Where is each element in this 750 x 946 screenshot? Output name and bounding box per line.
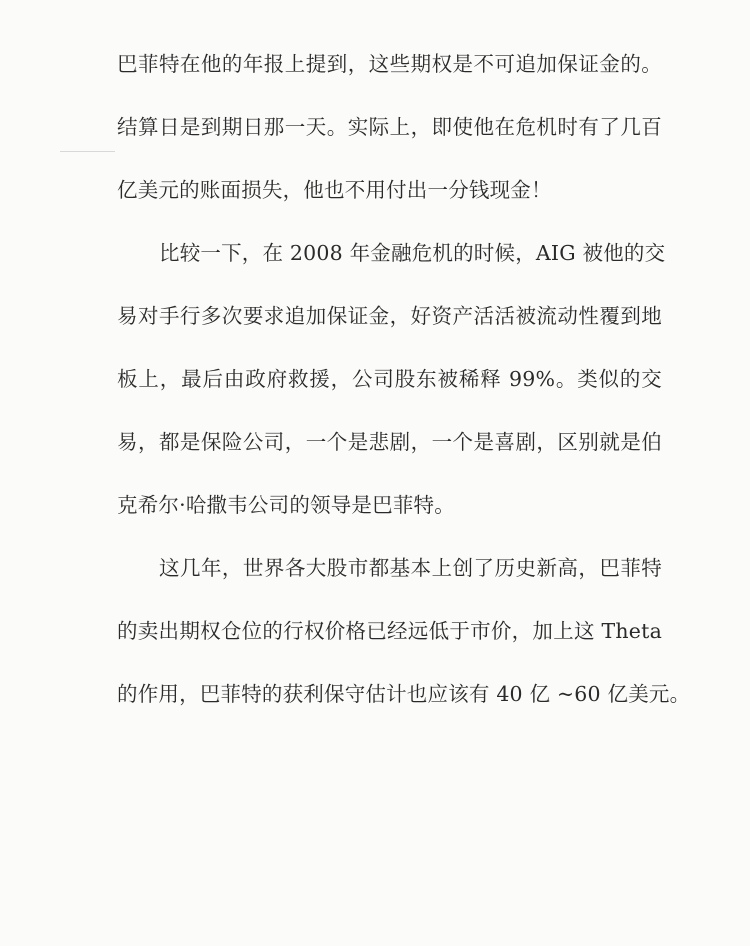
- paragraph-1-line-2: 结算日是到期日那一天。实际上，即使他在危机时有了几百: [117, 114, 662, 140]
- paragraph-2-line-4: 易，都是保险公司，一个是悲剧，一个是喜剧，区别就是伯: [117, 429, 662, 455]
- scan-artifact-line: [60, 151, 115, 152]
- book-page: 巴菲特在他的年报上提到，这些期权是不可追加保证金的。 结算日是到期日那一天。实际…: [0, 0, 750, 946]
- paragraph-1-line-1: 巴菲特在他的年报上提到，这些期权是不可追加保证金的。: [117, 51, 662, 77]
- paragraph-2-line-3: 板上，最后由政府救援，公司股东被稀释 99%。类似的交: [117, 366, 662, 392]
- paragraph-2-line-5: 克希尔·哈撒韦公司的领导是巴菲特。: [117, 492, 662, 518]
- paragraph-3-line-2: 的卖出期权仓位的行权价格已经远低于市价，加上这 Theta: [117, 618, 662, 644]
- paragraph-2-line-1: 比较一下，在 2008 年金融危机的时候，AIG 被他的交: [159, 240, 662, 266]
- paragraph-2-line-2: 易对手行多次要求追加保证金，好资产活活被流动性覆到地: [117, 303, 662, 329]
- paragraph-3-line-3: 的作用，巴菲特的获利保守估计也应该有 40 亿 ~60 亿美元。: [117, 681, 662, 707]
- paragraph-1-line-3: 亿美元的账面损失，他也不用付出一分钱现金！: [117, 177, 662, 203]
- paragraph-3-line-1: 这几年，世界各大股市都基本上创了历史新高，巴菲特: [159, 555, 662, 581]
